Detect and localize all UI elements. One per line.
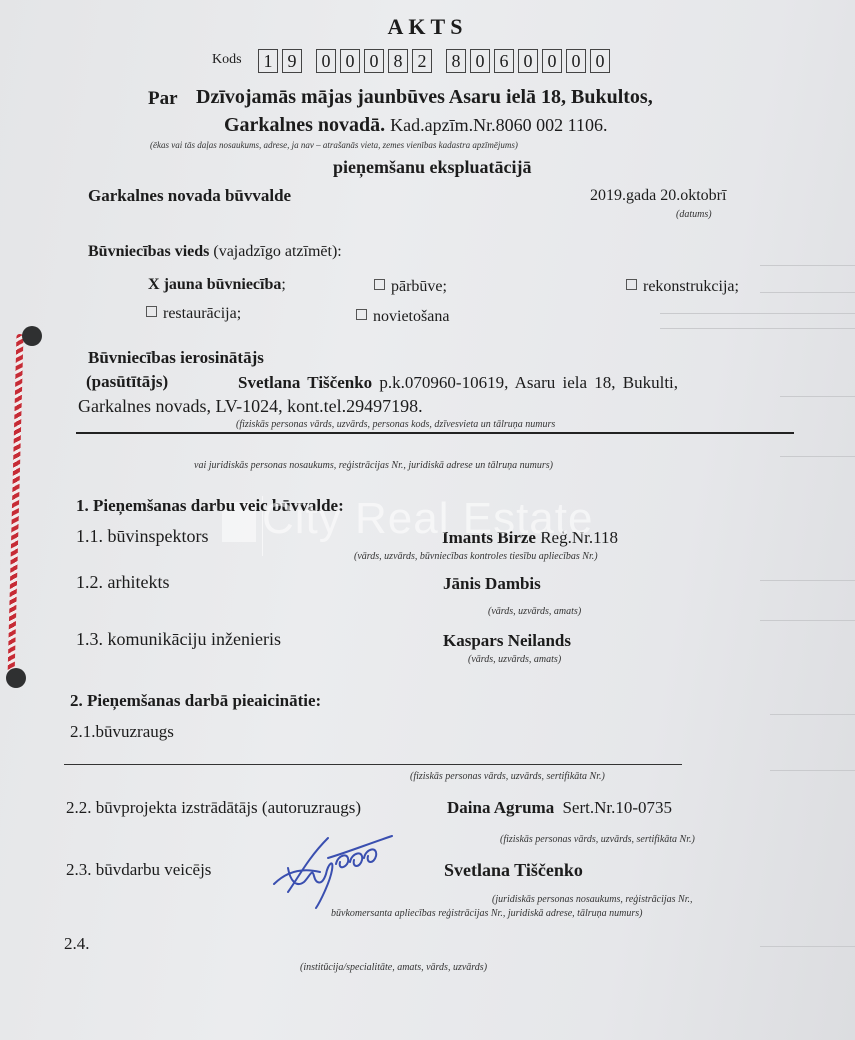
option-label: rekonstrukcija; [643, 278, 739, 295]
page-edge-line [660, 328, 855, 329]
document-title: AKTS [0, 14, 855, 40]
building-inspector-name: Imants Birze [442, 528, 536, 547]
page-edge-line [760, 946, 855, 947]
option-reconstruction: rekonstrukcija; [626, 278, 739, 296]
act-date: 2019.gada 20.oktobrī [590, 187, 726, 205]
initiator-caption2: vai juridiskās personas nosaukums, reģis… [194, 460, 553, 471]
signature-icon [268, 828, 408, 912]
binding-string [7, 334, 23, 678]
section2-item-label: 2.2. būvprojekta izstrādātājs (autoruzra… [66, 798, 361, 818]
construction-type-heading: Būvniecības vieds (vajadzīgo atzīmēt): [88, 243, 342, 261]
section1-item-label: 1.2. arhitekts [76, 572, 169, 593]
kods-digit: 0 [590, 49, 610, 73]
initiator-subheading: (pasūtītājs) [86, 372, 168, 392]
kods-digit: 0 [340, 49, 360, 73]
section2-item-caption: būvkomersanta apliecības reģistrācijas N… [331, 908, 642, 919]
section1-item-caption: (vārds, uzvārds, amats) [488, 606, 581, 617]
design-author-name: Daina Agruma [447, 798, 554, 817]
section1-item-caption: (vārds, uzvārds, būvniecības kontroles t… [354, 551, 598, 562]
building-inspector-reg: Reģ.Nr.118 [540, 528, 618, 547]
section2-item-label: 2.4. [64, 934, 90, 954]
date-caption: (datums) [676, 209, 712, 220]
section2-item-label: 2.3. būvdarbu veicējs [66, 860, 211, 880]
design-author: Daina Agruma Sert.Nr.10-0735 [447, 798, 672, 818]
architect-name: Jānis Dambis [443, 574, 541, 594]
subject-line1: Dzīvojamās mājas jaunbūves Asaru ielā 18… [196, 86, 653, 109]
option-new-construction: X jauna būvniecība; [148, 276, 286, 294]
subject-line2: Garkalnes novadā. Kad.apzīm.Nr.8060 002 … [224, 114, 607, 137]
option-suffix: ; [281, 276, 285, 293]
subject-caption: (ēkas vai tās daļas nosaukums, adrese, j… [150, 140, 518, 150]
design-author-cert: Sert.Nr.10-0735 [562, 798, 672, 817]
option-label: novietošana [373, 308, 449, 325]
page-edge-line [660, 313, 855, 314]
cadastral-number: Kad.apzīm.Nr.8060 002 1106. [390, 115, 607, 135]
authority-name: Garkalnes novada būvvalde [88, 186, 291, 206]
kods-digit: 0 [518, 49, 538, 73]
kods-digit: 0 [364, 49, 384, 73]
kods-digit: 0 [542, 49, 562, 73]
contractor-name: Svetlana Tiščenko [444, 860, 583, 881]
option-restoration: restaurācija; [146, 305, 241, 323]
checkbox-empty-icon [626, 279, 637, 290]
initiator-details: p.k.070960-10619, Asaru iela 18, Bukulti… [379, 373, 678, 392]
building-inspector: Imants Birze Reģ.Nr.118 [442, 528, 618, 548]
page-edge-line [760, 265, 855, 266]
section2-item-caption: (institūcija/specialitāte, amats, vārds,… [300, 962, 487, 973]
kods-label: Kods [212, 52, 242, 68]
binding-knot-top [22, 326, 42, 346]
page-edge-line [760, 292, 855, 293]
subject-purpose: pieņemšanu ekspluatācijā [333, 157, 532, 178]
subject-line2-bold: Garkalnes novadā. [224, 114, 385, 136]
kods-digit: 1 [258, 49, 278, 73]
section1-item-caption: (vārds, uzvārds, amats) [468, 654, 561, 665]
initiator-line2: Garkalnes novads, LV-1024, kont.tel.2949… [78, 396, 423, 417]
option-label: restaurācija; [163, 305, 241, 322]
section2-item-caption: (fiziskās personas vārds, uzvārds, serti… [500, 834, 695, 845]
binding-knot-bottom [6, 668, 26, 688]
construction-type-heading-note: (vajadzīgo atzīmēt): [213, 243, 341, 260]
engineer-name: Kaspars Neilands [443, 631, 571, 651]
initiator-name: Svetlana Tiščenko [238, 373, 372, 392]
page-edge-line [780, 456, 855, 457]
kods-digit: 2 [412, 49, 432, 73]
checkbox-empty-icon [356, 309, 367, 320]
kods-digit: 8 [446, 49, 466, 73]
section2-item-caption: (fiziskās personas vārds, uzvārds, serti… [410, 771, 605, 782]
initiator-rule [76, 432, 794, 434]
page-edge-line [760, 620, 855, 621]
page-edge-line [760, 580, 855, 581]
checked-mark-icon: X [148, 276, 160, 293]
supervisor-rule [64, 764, 682, 765]
section1-item-label: 1.1. būvinspektors [76, 526, 209, 547]
section2-item-caption: (juridiskās personas nosaukums, reģistrā… [492, 894, 692, 905]
initiator-heading: Būvniecības ierosinātājs [88, 348, 264, 368]
kods-digit: 0 [316, 49, 336, 73]
section1-item-label: 1.3. komunikāciju inženieris [76, 629, 281, 650]
kods-digit: 6 [494, 49, 514, 73]
section1-heading: 1. Pieņemšanas darbu veic būvvalde: [76, 496, 344, 516]
checkbox-empty-icon [374, 279, 385, 290]
option-label: jauna būvniecība [164, 276, 282, 293]
kods-digit: 0 [566, 49, 586, 73]
option-rebuild: pārbūve; [374, 278, 447, 296]
initiator-line1: Svetlana Tiščenko p.k.070960-10619, Asar… [238, 373, 678, 393]
kods-digit: 0 [470, 49, 490, 73]
initiator-caption1: (fiziskās personas vārds, uzvārds, perso… [236, 419, 555, 430]
page-edge-line [770, 770, 855, 771]
subject-par: Par [148, 88, 178, 110]
option-label: pārbūve; [391, 278, 447, 295]
section2-item-label: 2.1.būvuzraugs [70, 722, 174, 742]
option-placement: novietošana [356, 308, 449, 326]
checkbox-empty-icon [146, 306, 157, 317]
kods-digit: 9 [282, 49, 302, 73]
kods-code: 1 9 0 0 0 8 2 8 0 6 0 0 0 0 [258, 49, 614, 73]
page-edge-line [780, 396, 855, 397]
section2-heading: 2. Pieņemšanas darbā pieaicinātie: [70, 691, 321, 711]
kods-digit: 8 [388, 49, 408, 73]
construction-type-heading-bold: Būvniecības vieds [88, 243, 209, 260]
page-edge-line [770, 714, 855, 715]
